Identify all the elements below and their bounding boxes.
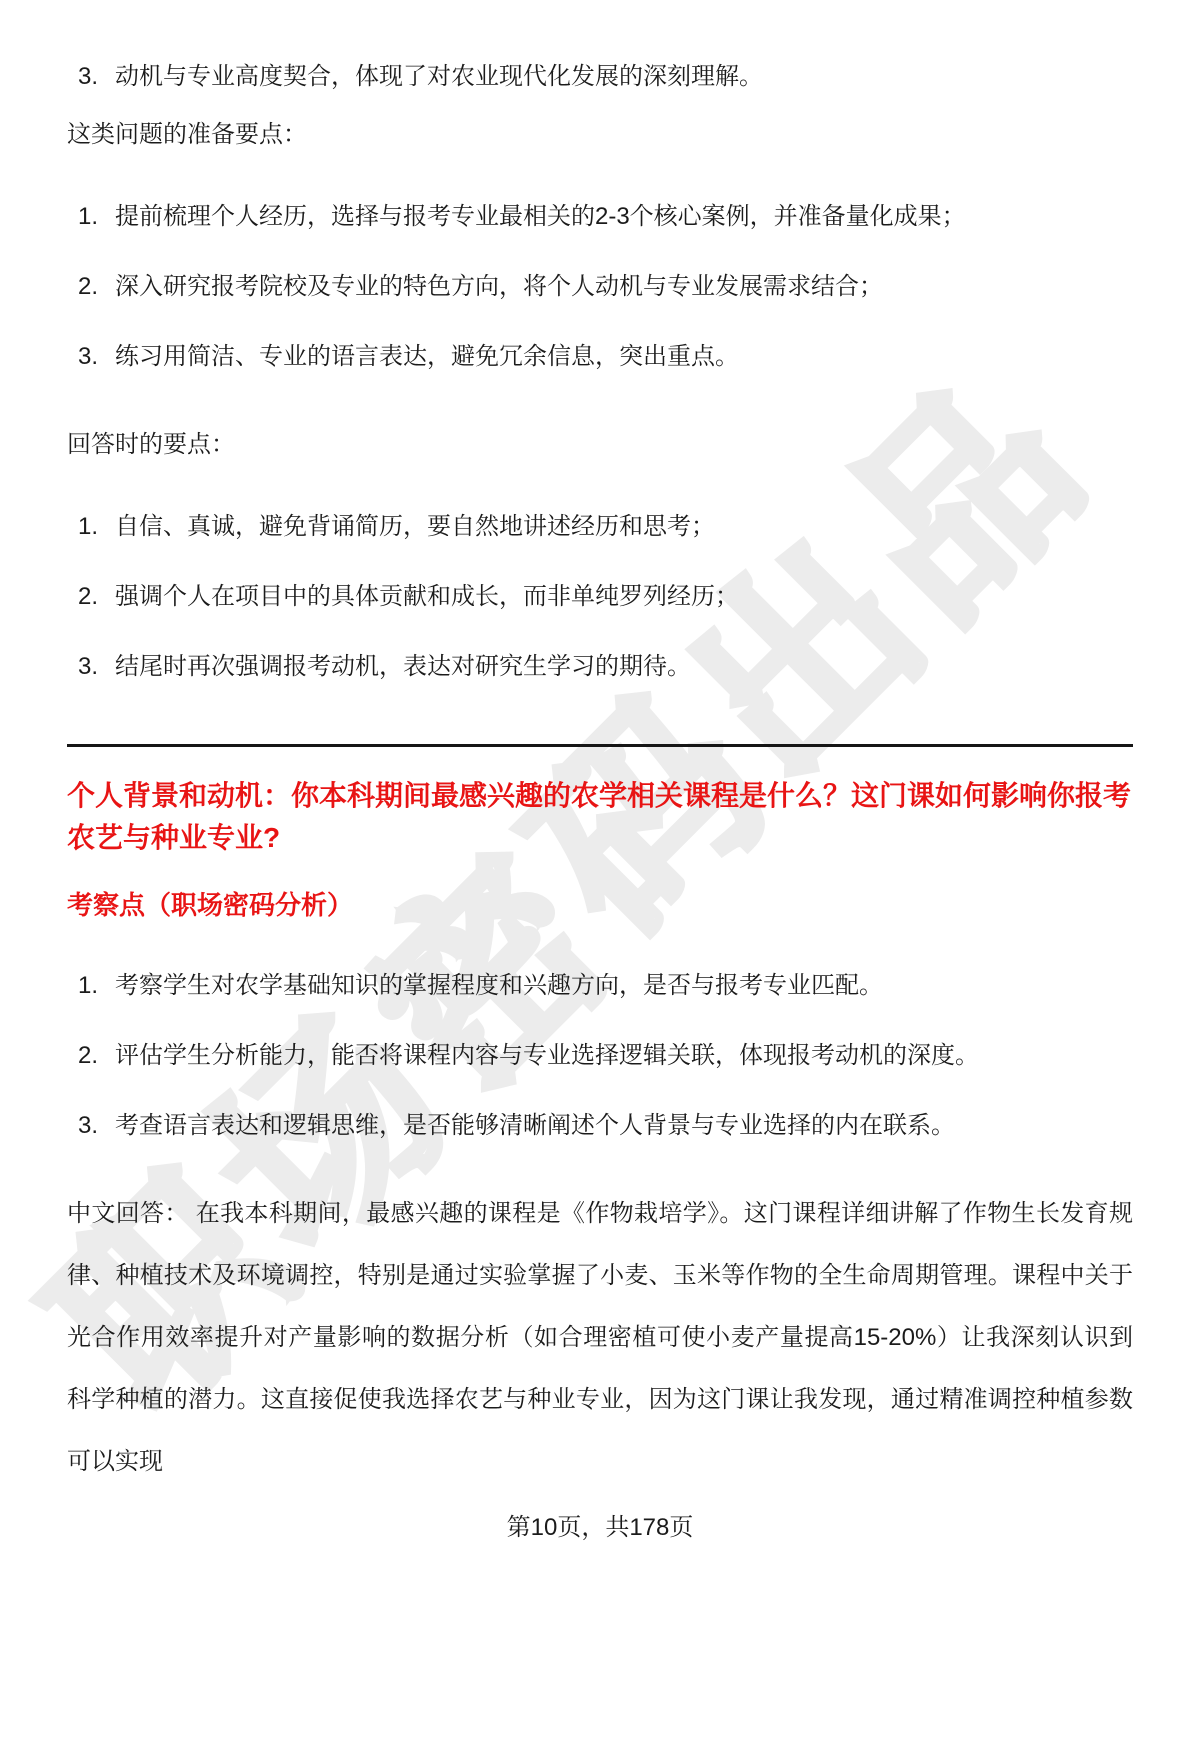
analysis-points-heading: 考察点（职场密码分析） — [67, 887, 1133, 923]
list-item: 3. 练习用简洁、专业的语言表达，避免冗余信息，突出重点。 — [67, 328, 1133, 386]
list-item: 2. 评估学生分析能力，能否将课程内容与专业选择逻辑关联，体现报考动机的深度。 — [67, 1027, 1133, 1085]
page-number-footer: 第10页，共178页 — [67, 1511, 1133, 1545]
list-item-text: 评估学生分析能力，能否将课程内容与专业选择逻辑关联，体现报考动机的深度。 — [115, 1027, 1133, 1085]
list-item-text: 强调个人在项目中的具体贡献和成长，而非单纯罗列经历； — [115, 568, 1133, 626]
list-item: 2. 强调个人在项目中的具体贡献和成长，而非单纯罗列经历； — [67, 568, 1133, 626]
list-item: 1. 提前梳理个人经历，选择与报考专业最相关的2-3个核心案例，并准备量化成果； — [67, 188, 1133, 246]
list-item: 3. 考查语言表达和逻辑思维，是否能够清晰阐述个人背景与专业选择的内在联系。 — [67, 1097, 1133, 1155]
list-item-text: 动机与专业高度契合，体现了对农业现代化发展的深刻理解。 — [115, 48, 1133, 106]
preparation-points-heading: 这类问题的准备要点： — [67, 106, 1133, 164]
list-item: 2. 深入研究报考院校及专业的特色方向，将个人动机与专业发展需求结合； — [67, 258, 1133, 316]
list-item-number: 2. — [78, 1027, 115, 1085]
list-item: 1. 考察学生对农学基础知识的掌握程度和兴趣方向，是否与报考专业匹配。 — [67, 957, 1133, 1015]
list-item-text: 自信、真诚，避免背诵简历，要自然地讲述经历和思考； — [115, 498, 1133, 556]
interview-question-heading: 个人背景和动机：你本科期间最感兴趣的农学相关课程是什么？这门课如何影响你报考农艺… — [67, 775, 1133, 859]
list-item-text: 深入研究报考院校及专业的特色方向，将个人动机与专业发展需求结合； — [115, 258, 1133, 316]
list-item-number: 3. — [78, 328, 115, 386]
analysis-points-list: 1. 考察学生对农学基础知识的掌握程度和兴趣方向，是否与报考专业匹配。 2. 评… — [67, 957, 1133, 1155]
list-item-text: 考查语言表达和逻辑思维，是否能够清晰阐述个人背景与专业选择的内在联系。 — [115, 1097, 1133, 1155]
list-item-number: 3. — [78, 638, 115, 696]
chinese-answer-paragraph: 中文回答： 在我本科期间，最感兴趣的课程是《作物栽培学》。这门课程详细讲解了作物… — [67, 1183, 1133, 1493]
list-item-number: 2. — [78, 568, 115, 626]
list-item-number: 1. — [78, 957, 115, 1015]
list-item-text: 考察学生对农学基础知识的掌握程度和兴趣方向，是否与报考专业匹配。 — [115, 957, 1133, 1015]
list-item: 3. 结尾时再次强调报考动机，表达对研究生学习的期待。 — [67, 638, 1133, 696]
preparation-points-list: 1. 提前梳理个人经历，选择与报考专业最相关的2-3个核心案例，并准备量化成果；… — [67, 188, 1133, 386]
list-item: 1. 自信、真诚，避免背诵简历，要自然地讲述经历和思考； — [67, 498, 1133, 556]
list-item-text: 提前梳理个人经历，选择与报考专业最相关的2-3个核心案例，并准备量化成果； — [115, 188, 1133, 246]
answering-points-heading: 回答时的要点： — [67, 416, 1133, 474]
list-item-number: 1. — [78, 188, 115, 246]
page-content: 3. 动机与专业高度契合，体现了对农业现代化发展的深刻理解。 这类问题的准备要点… — [0, 0, 1200, 1545]
section-divider — [67, 744, 1133, 747]
list-item-text: 结尾时再次强调报考动机，表达对研究生学习的期待。 — [115, 638, 1133, 696]
list-item-text: 练习用简洁、专业的语言表达，避免冗余信息，突出重点。 — [115, 328, 1133, 386]
list-item: 3. 动机与专业高度契合，体现了对农业现代化发展的深刻理解。 — [67, 48, 1133, 106]
list-item-number: 2. — [78, 258, 115, 316]
list-item-number: 3. — [78, 48, 115, 106]
document-page: 职场密码出品 3. 动机与专业高度契合，体现了对农业现代化发展的深刻理解。 这类… — [0, 0, 1200, 1755]
answering-points-list: 1. 自信、真诚，避免背诵简历，要自然地讲述经历和思考； 2. 强调个人在项目中… — [67, 498, 1133, 696]
carryover-list: 3. 动机与专业高度契合，体现了对农业现代化发展的深刻理解。 — [67, 48, 1133, 106]
list-item-number: 3. — [78, 1097, 115, 1155]
list-item-number: 1. — [78, 498, 115, 556]
